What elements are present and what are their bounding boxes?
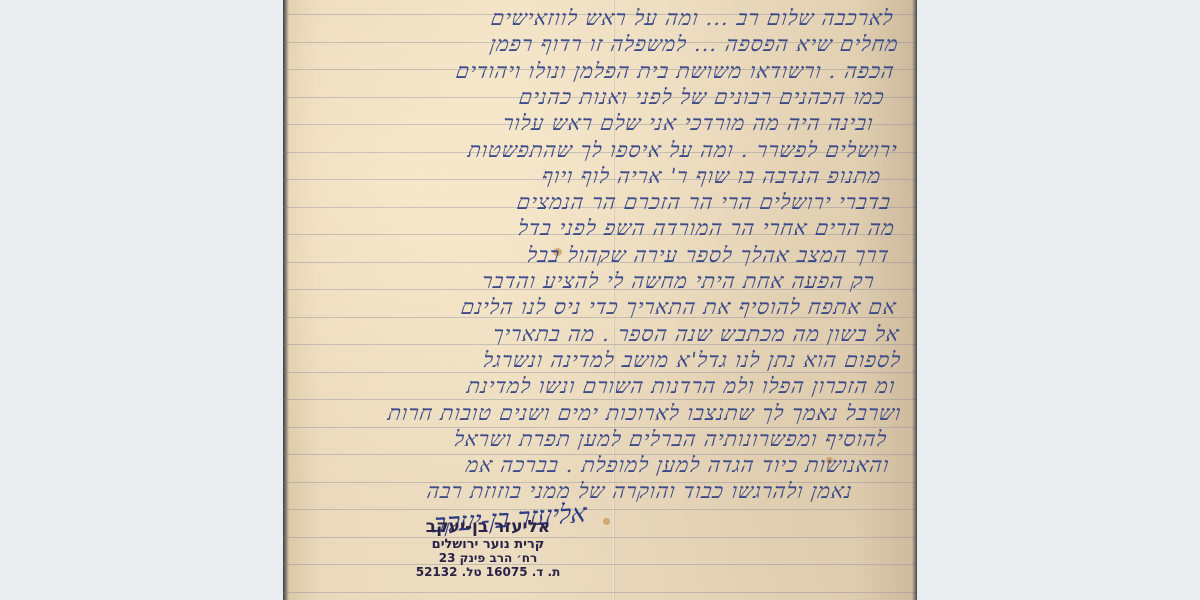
handwritten-line: מחלים שיא הפספה ... למשפלה זו רדוף רפמן <box>489 32 901 57</box>
handwritten-line: אם אתפח להוסיף את התאריך כדי ניס לנו הלי… <box>460 295 899 320</box>
stamp-address: רח׳ הרב פינק 23 <box>413 552 563 566</box>
ruled-line <box>283 592 917 593</box>
handwritten-line: והאנושות כיוד הגדה למען למופלת . בברכה א… <box>464 453 891 478</box>
ruled-line <box>283 399 917 400</box>
handwritten-line: דרך המצב אהלך לספר עירה שקהול בבל <box>525 243 891 268</box>
letter-photo: לארכבה שלום רב ... ומה על ראש לווזאישיםמ… <box>283 0 917 600</box>
page: לארכבה שלום רב ... ומה על ראש לווזאישיםמ… <box>0 0 1200 600</box>
ruled-line <box>283 537 917 538</box>
stamp-organization: קרית נוער ירושלים <box>413 538 563 553</box>
handwritten-line: ובינה היה מה מורדכי אני שלם ראש עלור <box>501 111 875 136</box>
ruled-line <box>283 564 917 565</box>
address-stamp: אליעזר בן-יעקב קרית נוער ירושלים רח׳ הרב… <box>413 518 563 580</box>
handwritten-line: ומ הזכרון הפלו ולמ הרדנות השורם ונשו למד… <box>465 374 897 399</box>
handwritten-line: ירושלים לפשרר . ומה על איספו לך שהתפשטות <box>466 138 899 163</box>
handwritten-line: בדברי ירושלים הרי הר הזכרם הר הנמצים <box>515 190 892 215</box>
handwritten-line: רק הפעה אחת היתי מחשה לי להציע והדבר <box>481 269 877 294</box>
ruled-line <box>283 509 917 510</box>
handwritten-line: נאמן ולהרגשו כבוד והוקרה של ממני בוזוזת … <box>426 479 855 504</box>
handwritten-line: כמו הכהנים רבונים של לפני ואנות כהנים <box>518 85 887 110</box>
handwritten-line: ושרבל נאמך לך שתנצבו לארוכות ימים ושנים … <box>386 401 903 426</box>
handwritten-line: מתנופ הנדבה בו שוף ר' אריה לוף ויוף <box>540 164 883 189</box>
paper-stain <box>603 518 610 525</box>
handwritten-line: להוסיף ומפשרונותיה הברלים למען תפרת ושרא… <box>452 427 889 452</box>
handwritten-line: הכפה . ורשודאו משושת בית הפלמן ונולו ויה… <box>455 59 897 84</box>
stamp-po-box-phone: ת. ד. 16075 טל. 52132 <box>413 566 563 580</box>
handwritten-line: לספום הוא נתן לנו גדל'א מושב למדינה ונשר… <box>481 348 902 373</box>
stamp-name: אליעזר בן-יעקב <box>413 518 563 538</box>
handwritten-line: מה הרים אחרי הר המורדה השפ לפני בדל <box>516 216 896 241</box>
handwritten-line: אל בשון מה מכתבש שנה הספר . מה בתאריך <box>491 322 901 347</box>
handwritten-line: לארכבה שלום רב ... ומה על ראש לווזאישים <box>489 6 895 31</box>
